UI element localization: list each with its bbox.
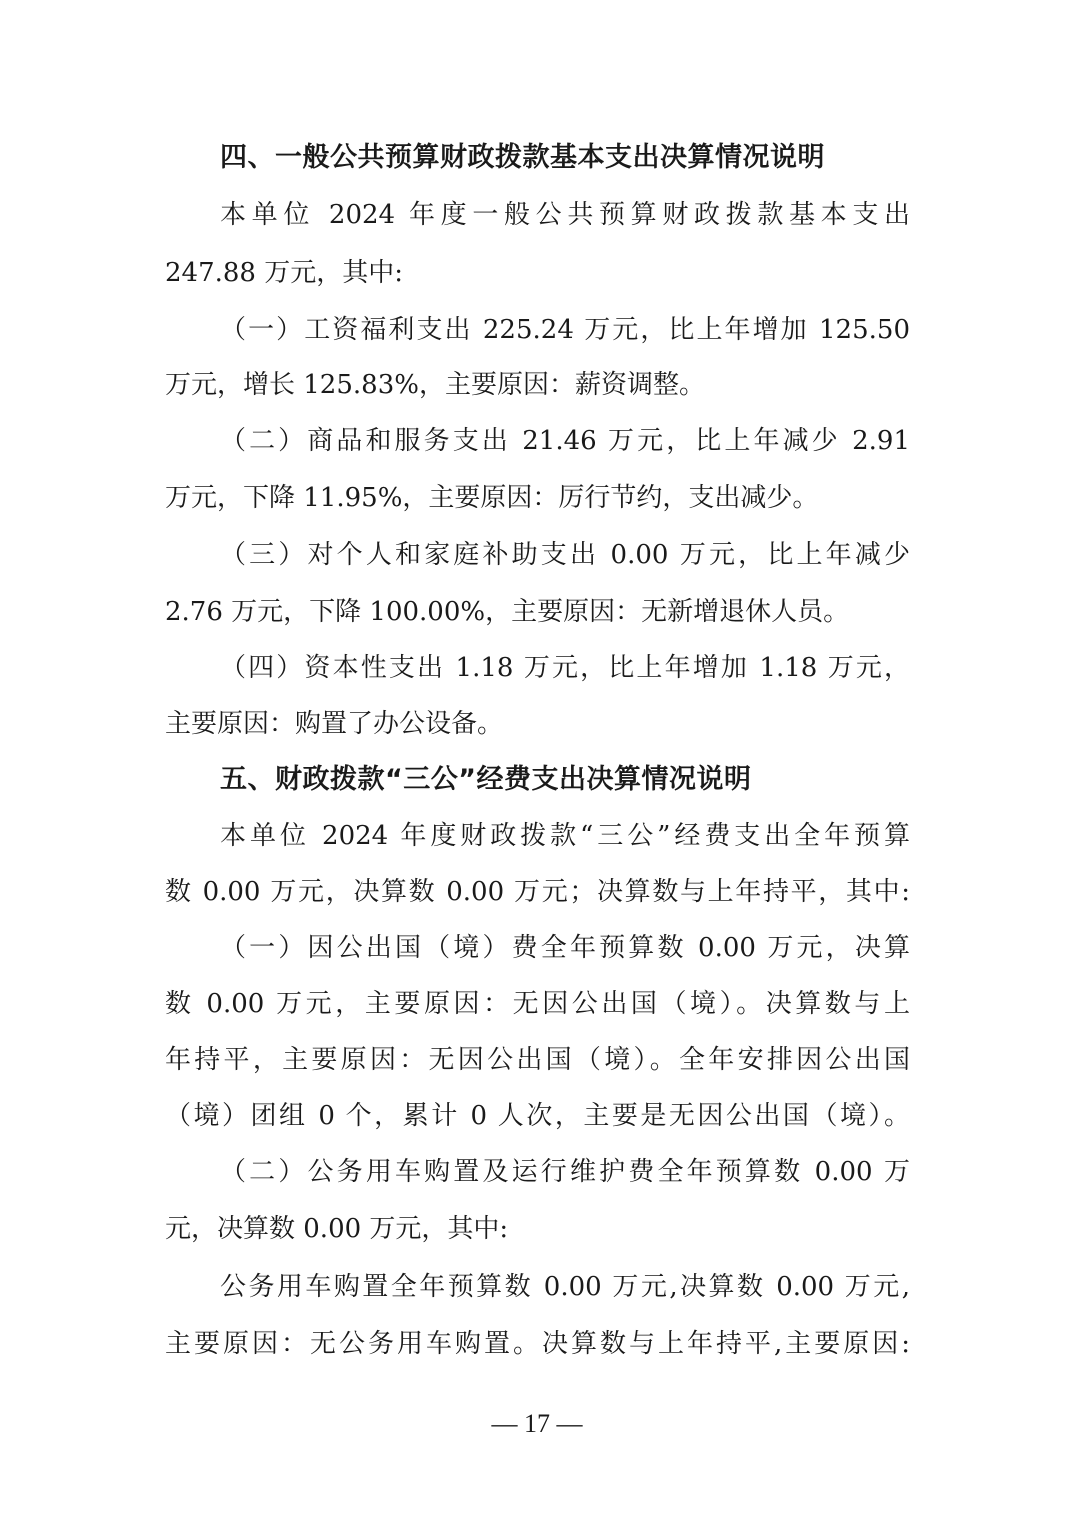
paragraph-line: 万元，下降 11.95%，主要原因：厉行节约，支出减少。 bbox=[165, 478, 910, 518]
paragraph-line: 公务用车购置全年预算数 0.00 万元,决算数 0.00 万元, bbox=[220, 1267, 910, 1307]
paragraph-line: （四）资本性支出 1.18 万元，比上年增加 1.18 万元， bbox=[220, 648, 910, 688]
paragraph-line: 万元，增长 125.83%，主要原因：薪资调整。 bbox=[165, 365, 910, 405]
paragraph-line: 年持平，主要原因：无因公出国（境）。全年安排因公出国 bbox=[165, 1040, 910, 1080]
page-number: — 17 — bbox=[0, 1404, 1074, 1444]
paragraph-line: 数 0.00 万元，主要原因：无因公出国（境）。决算数与上 bbox=[165, 984, 910, 1024]
paragraph-line: 247.88 万元，其中: bbox=[165, 253, 910, 293]
paragraph-line: 2.76 万元，下降 100.00%，主要原因：无新增退休人员。 bbox=[165, 592, 910, 632]
paragraph-line: 主要原因：无公务用车购置。决算数与上年持平,主要原因: bbox=[165, 1324, 910, 1364]
paragraph-line: （境）团组 0 个，累计 0 人次，主要是无因公出国（境）。 bbox=[165, 1096, 910, 1136]
paragraph-line: （三）对个人和家庭补助支出 0.00 万元，比上年减少 bbox=[220, 535, 910, 575]
section-5-heading: 五、财政拨款“三公”经费支出决算情况说明 bbox=[220, 760, 752, 800]
paragraph-line: 元，决算数 0.00 万元，其中: bbox=[165, 1209, 910, 1249]
paragraph-line: 数 0.00 万元，决算数 0.00 万元；决算数与上年持平，其中: bbox=[165, 872, 910, 912]
paragraph-line: 本单位 2024 年度一般公共预算财政拨款基本支出 bbox=[220, 195, 910, 235]
paragraph-line: （一）因公出国（境）费全年预算数 0.00 万元，决算 bbox=[220, 928, 910, 968]
paragraph-line: （二）商品和服务支出 21.46 万元，比上年减少 2.91 bbox=[220, 421, 910, 461]
paragraph-line: 本单位 2024 年度财政拨款“三公”经费支出全年预算 bbox=[220, 816, 910, 856]
paragraph-line: （二）公务用车购置及运行维护费全年预算数 0.00 万 bbox=[220, 1152, 910, 1192]
section-4-heading: 四、一般公共预算财政拨款基本支出决算情况说明 bbox=[220, 138, 825, 178]
paragraph-line: 主要原因：购置了办公设备。 bbox=[165, 704, 910, 744]
paragraph-line: （一）工资福利支出 225.24 万元，比上年增加 125.50 bbox=[220, 310, 910, 350]
